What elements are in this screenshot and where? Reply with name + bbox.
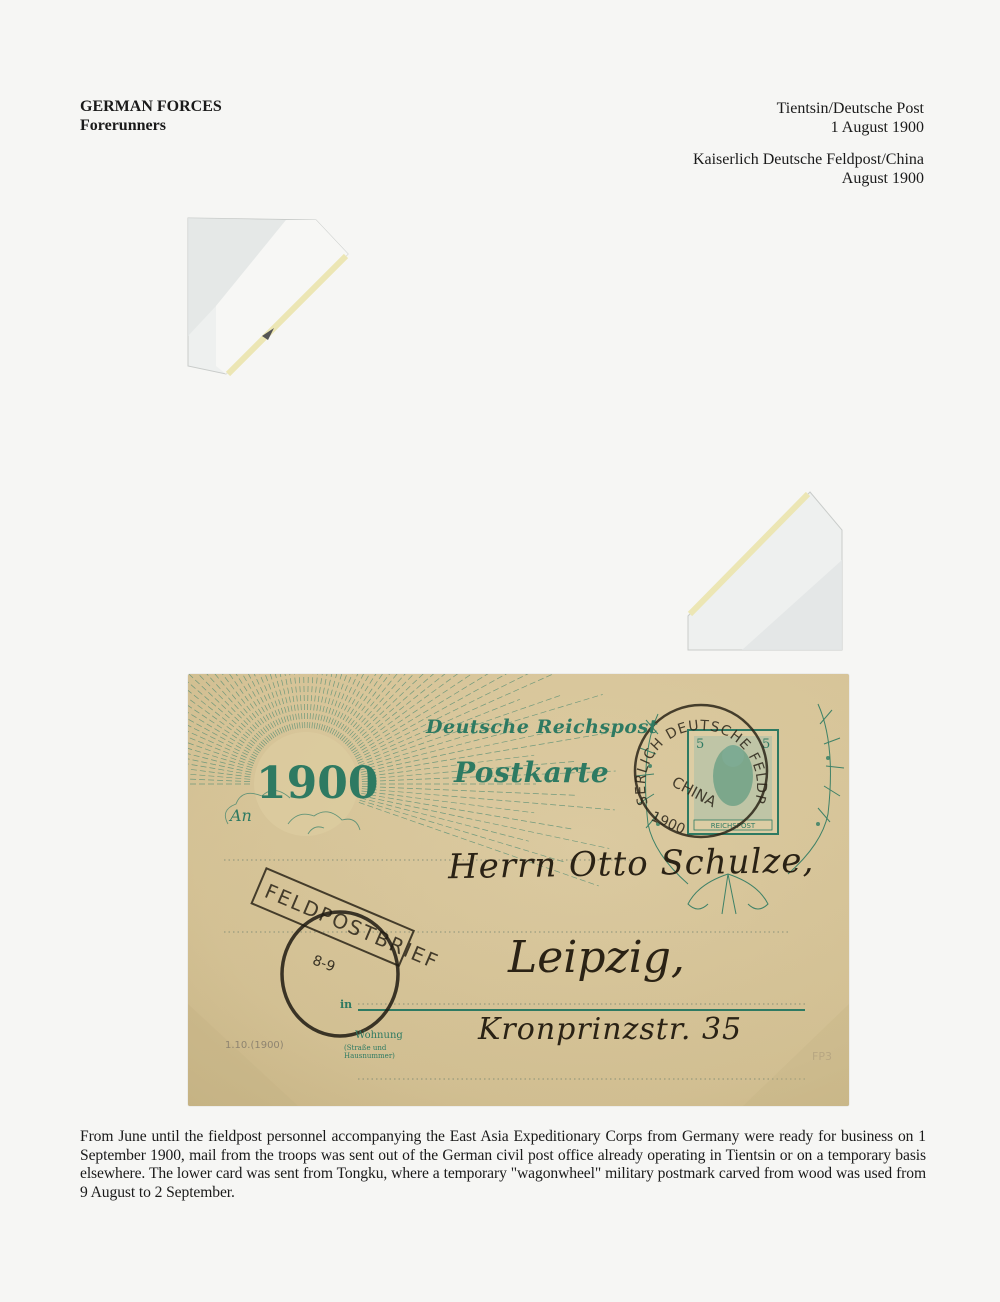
caption-date: 1 August 1900 [693,118,924,137]
printed-year: 1900 [256,758,378,809]
photo-corner-mount-lower [682,490,847,655]
caption-origin: Tientsin/Deutsche Post [693,99,924,118]
printed-header: Deutsche Reichspost [426,716,658,738]
caption-date-2: August 1900 [693,169,924,188]
photo-corner-mount-upper [186,216,351,381]
svg-text:5: 5 [696,737,704,752]
pencil-date-note: 1.10.(1900) [225,1040,284,1051]
page-header: GERMAN FORCES Forerunners [80,97,222,135]
printed-to-label: An [230,806,252,825]
page-title: GERMAN FORCES [80,97,222,116]
printed-title: Postkarte [454,756,609,789]
caption-origin-2: Kaiserlich Deutsche Feldpost/China [693,150,924,169]
postcard: in 5 5 REICHSPOST [188,674,849,1106]
pencil-corner-note: FP3 [812,1050,832,1063]
svg-text:1900: 1900 [648,809,687,838]
caption-block-2: Kaiserlich Deutsche Feldpost/China Augus… [693,150,924,188]
printed-address-sublabel: (Straße und Hausnummer) [344,1044,395,1060]
handwritten-recipient: Herrn Otto Schulze, [448,841,815,887]
printed-address-label: Wohnung [355,1030,403,1041]
handwritten-city: Leipzig, [508,932,685,983]
page-description: From June until the fieldpost personnel … [80,1128,926,1202]
page-subtitle: Forerunners [80,116,222,135]
svg-text:in: in [340,998,352,1011]
feldpostbrief-box-cancel: FELDPOSTBRIEF [252,868,446,979]
handwritten-street: Kronprinzstr. 35 [478,1012,742,1047]
svg-text:FELDPOSTBRIEF: FELDPOSTBRIEF [261,879,443,974]
card-captions: Tientsin/Deutsche Post 1 August 1900 Kai… [693,99,924,188]
svg-text:8-9: 8-9 [310,953,337,976]
imprinted-stamp: 5 5 REICHSPOST [688,730,778,834]
caption-block-1: Tientsin/Deutsche Post 1 August 1900 [693,99,924,137]
